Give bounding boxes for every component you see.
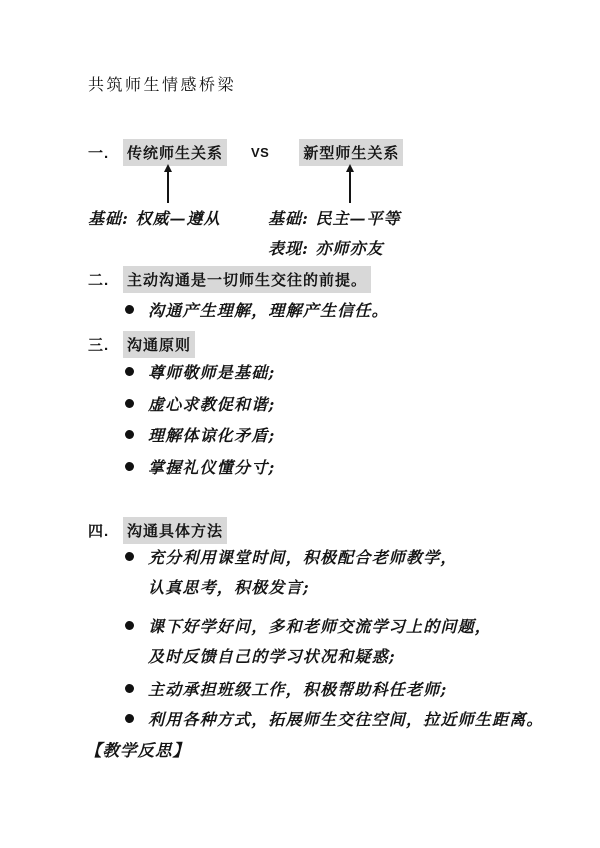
document-page: 共筑师生情感桥梁 一. 传统师生关系 VS 新型师生关系 基础: 权威—遵从 基… (0, 0, 600, 848)
vs-label: VS (251, 145, 269, 160)
section1-number: 一. (88, 142, 123, 163)
bullet-icon (125, 399, 134, 408)
bullet-text: 沟通产生理解，理解产生信任。 (148, 298, 389, 321)
bullet-continuation-text: 认真思考，积极发言; (148, 575, 310, 598)
arrow-shaft (349, 172, 351, 203)
bullet-icon (125, 684, 134, 693)
bullet-text: 主动承担班级工作，积极帮助科任老师; (148, 677, 448, 700)
bullet-text: 充分利用课堂时间，积极配合老师教学， (148, 545, 458, 568)
bullet-text: 尊师敬师是基础; (148, 360, 276, 383)
page-title: 共筑师生情感桥梁 (88, 72, 236, 95)
list-item: 理解体谅化矛盾; (125, 423, 276, 446)
bullet-text: 虚心求教促和谐; (148, 392, 276, 415)
bullet-text: 理解体谅化矛盾; (148, 423, 276, 446)
section1-term-left: 传统师生关系 (123, 139, 227, 166)
list-item: 沟通产生理解，理解产生信任。 (125, 298, 389, 321)
section3-number: 三. (88, 334, 123, 355)
expression-right-text: 表现: 亦师亦友 (268, 236, 383, 259)
basis-left-text: 基础: 权威—遵从 (88, 206, 220, 229)
section2-heading: 主动沟通是一切师生交往的前提。 (123, 266, 371, 293)
section4-number: 四. (88, 520, 123, 541)
bullet-text: 课下好学好问，多和老师交流学习上的问题， (148, 614, 492, 637)
bullet-icon (125, 462, 134, 471)
section3-heading: 沟通原则 (123, 331, 195, 358)
list-item: 课下好学好问，多和老师交流学习上的问题， (125, 614, 492, 637)
section1-term-right: 新型师生关系 (299, 139, 403, 166)
arrow-head (164, 164, 172, 172)
up-arrow-icon (164, 164, 173, 203)
bullet-icon (125, 430, 134, 439)
list-item: 虚心求教促和谐; (125, 392, 276, 415)
bullet-icon (125, 714, 134, 723)
bullet-icon (125, 367, 134, 376)
section4-heading: 沟通具体方法 (123, 517, 227, 544)
bullet-continuation-text: 及时反馈自己的学习状况和疑惑; (148, 644, 396, 667)
up-arrow-icon (346, 164, 355, 203)
bullet-text: 掌握礼仪懂分寸; (148, 455, 276, 478)
bullet-icon (125, 552, 134, 561)
bullet-icon (125, 621, 134, 630)
list-item: 掌握礼仪懂分寸; (125, 455, 276, 478)
section2-heading-row: 二. 主动沟通是一切师生交往的前提。 (88, 266, 371, 293)
section1-heading-row: 一. 传统师生关系 VS 新型师生关系 (88, 139, 403, 166)
arrow-head (346, 164, 354, 172)
arrow-shaft (167, 172, 169, 203)
list-item: 主动承担班级工作，积极帮助科任老师; (125, 677, 448, 700)
bullet-icon (125, 305, 134, 314)
list-item: 利用各种方式，拓展师生交往空间，拉近师生距离。 (125, 707, 544, 730)
basis-right-text: 基础: 民主—平等 (268, 206, 400, 229)
teaching-reflection-label: 【教学反思】 (85, 737, 190, 761)
list-item: 充分利用课堂时间，积极配合老师教学， (125, 545, 458, 568)
list-item: 尊师敬师是基础; (125, 360, 276, 383)
section4-heading-row: 四. 沟通具体方法 (88, 517, 227, 544)
section2-number: 二. (88, 269, 123, 290)
bullet-text: 利用各种方式，拓展师生交往空间，拉近师生距离。 (148, 707, 544, 730)
section3-heading-row: 三. 沟通原则 (88, 331, 195, 358)
